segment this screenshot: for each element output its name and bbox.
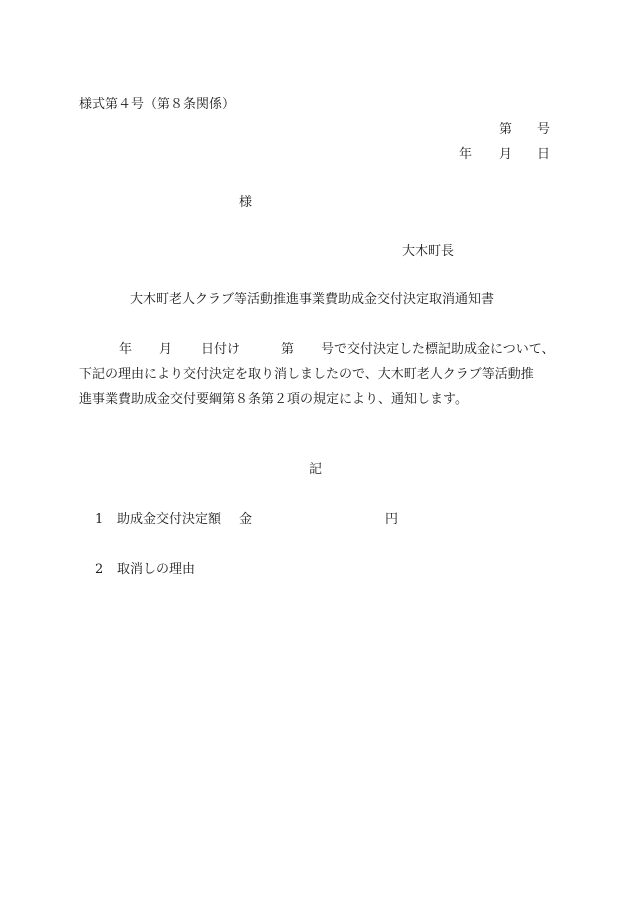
- body-month: 月: [159, 342, 172, 358]
- body-day-dated: 日付け: [201, 342, 240, 358]
- addressee-suffix: 様: [239, 195, 252, 211]
- item-1-number: 1: [95, 512, 103, 528]
- form-label: 様式第４号（第８条関係）: [79, 97, 235, 113]
- item-2-label: 取消しの理由: [117, 562, 195, 578]
- date-day: 日: [537, 147, 550, 163]
- body-line2: 下記の理由により交付決定を取り消しましたので、大木町老人クラブ等活動推: [79, 367, 534, 383]
- document-number-dai: 第: [499, 122, 512, 138]
- date-month: 月: [499, 147, 512, 163]
- item-1-label: 助成金交付決定額: [117, 512, 221, 528]
- body-line1-rest: 号で交付決定した標記助成金について、: [321, 342, 554, 358]
- body-year: 年: [119, 342, 132, 358]
- item-1-unit: 円: [385, 512, 398, 528]
- document-page: 様式第４号（第８条関係） 第 号 年 月 日 様 大木町長 大木町老人クラブ等活…: [0, 0, 630, 903]
- date-year: 年: [459, 147, 472, 163]
- item-2-number: 2: [95, 562, 103, 578]
- document-title: 大木町老人クラブ等活動推進事業費助成金交付決定取消通知書: [130, 292, 494, 308]
- body-dai: 第: [281, 342, 294, 358]
- item-1-prefix: 金: [239, 512, 252, 528]
- sender-name: 大木町長: [402, 244, 454, 260]
- ki-heading: 記: [309, 462, 322, 478]
- document-number-go: 号: [537, 122, 550, 138]
- body-line3: 進事業費助成金交付要綱第８条第２項の規定により、通知します。: [79, 392, 468, 408]
